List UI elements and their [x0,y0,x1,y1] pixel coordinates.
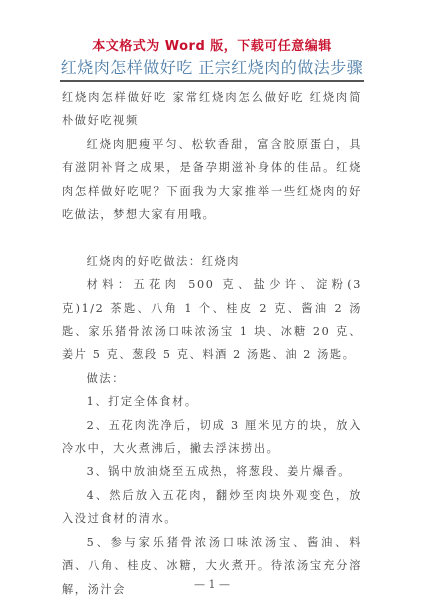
step-1: 1、打定全体食材。 [62,390,362,413]
word-format-notice: 本文格式为 Word 版，下载可任意编辑 [0,35,424,54]
document-body: 红烧肉怎样做好吃 家常红烧肉怎么做好吃 红烧肉简朴做好吃视频 红烧肉肥瘦平匀、松… [62,86,362,600]
title-divider [60,80,364,82]
ingredients-paragraph: 材料：五花肉 500 克、盐少许、淀粉(3 克)1/2 茶匙、八角 1 个、桂皮… [62,273,362,367]
document-title: 红烧肉怎样做好吃 正宗红烧肉的做法步骤 [0,55,424,78]
recipe-heading: 红烧肉的好吃做法：红烧肉 [62,250,362,273]
document-page: 本文格式为 Word 版，下载可任意编辑 红烧肉怎样做好吃 正宗红烧肉的做法步骤… [0,0,424,600]
page-number: — 1 — [0,578,424,591]
method-heading: 做法： [62,367,362,390]
step-2: 2、五花肉洗净后，切成 3 厘米见方的块，放入冷水中，大火煮沸后，撇去浮沫捞出。 [62,414,362,461]
step-4: 4、然后放入五花肉，翻炒至肉块外观变色，放入没过食材的清水。 [62,484,362,531]
blank-line [62,226,362,249]
intro-paragraph: 红烧肉肥瘦平匀、松软香甜，富含胶原蛋白，具有滋阴补肾之成果，是备孕期滋补身体的佳… [62,133,362,227]
keywords-paragraph: 红烧肉怎样做好吃 家常红烧肉怎么做好吃 红烧肉简朴做好吃视频 [62,86,362,133]
step-3: 3、锅中放油烧至五成热，将葱段、姜片爆香。 [62,460,362,483]
